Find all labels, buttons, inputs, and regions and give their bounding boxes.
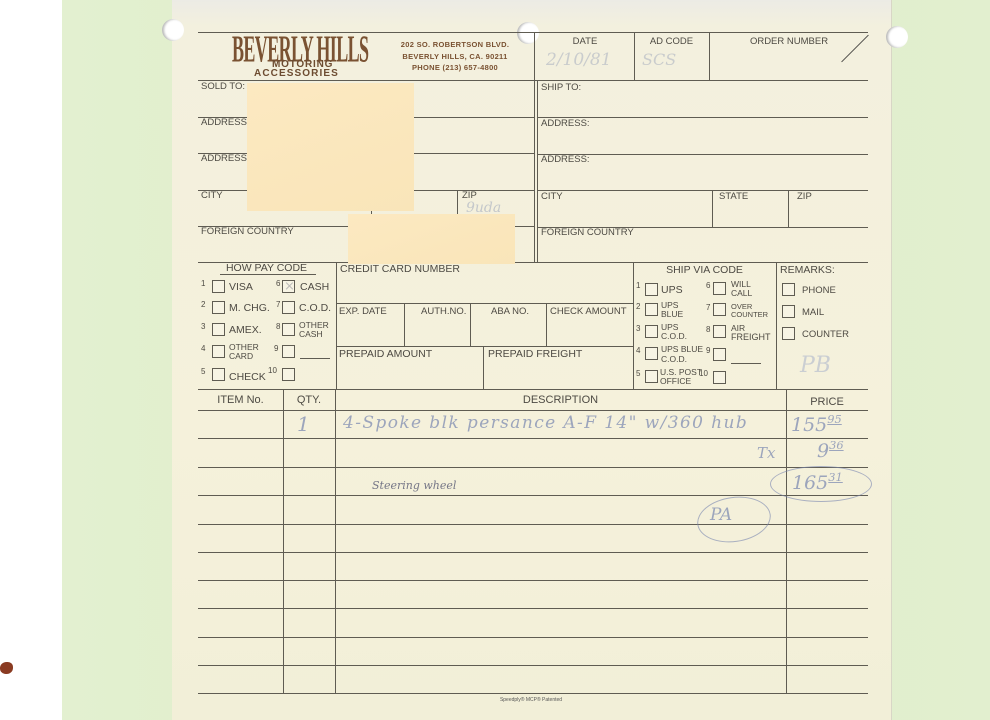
row-3-price-dollars: 165 bbox=[792, 472, 828, 494]
sold-to-address1-label: ADDRESS bbox=[201, 117, 247, 128]
ad-code-label: AD CODE bbox=[634, 36, 709, 47]
prepaid-freight-label: PREPAID FREIGHT bbox=[488, 348, 582, 360]
pay-mchg-label: M. CHG. bbox=[229, 302, 270, 314]
pay-code-number: 8 bbox=[276, 322, 280, 331]
row-1-description: 4-Spoke blk persance A-F 14" w/360 hub bbox=[343, 415, 748, 432]
remarks-phone-checkbox[interactable] bbox=[782, 283, 795, 296]
pay-other-card-checkbox[interactable] bbox=[212, 345, 225, 358]
pay-code-number: 5 bbox=[201, 367, 205, 376]
pay-amex-label: AMEX. bbox=[229, 324, 262, 336]
header-qty: QTY. bbox=[283, 394, 335, 406]
ship-will-call-checkbox[interactable] bbox=[713, 282, 726, 295]
pay-option-9-blank-line bbox=[300, 358, 330, 359]
row-1-qty: 1 bbox=[297, 414, 310, 434]
row-1-price: 15595 bbox=[791, 416, 842, 435]
pay-check-label: CHECK bbox=[229, 371, 266, 383]
pay-cod-checkbox[interactable] bbox=[282, 301, 295, 314]
ship-ups-blue-checkbox[interactable] bbox=[645, 303, 658, 316]
pay-code-number: 2 bbox=[201, 300, 205, 309]
table-row-rule bbox=[198, 665, 868, 666]
row-2-price-cents: 36 bbox=[829, 438, 844, 452]
pay-visa-label: VISA bbox=[229, 281, 253, 293]
row-1-price-dollars: 155 bbox=[791, 414, 827, 436]
check-amount-label: CHECK AMOUNT bbox=[550, 306, 627, 317]
company-street: 202 SO. ROBERTSON BLVD. bbox=[392, 40, 518, 49]
sold-to-zip-value: 9uda bbox=[466, 201, 501, 215]
ship-post-office-checkbox[interactable] bbox=[645, 370, 658, 383]
ship-code-number: 5 bbox=[636, 369, 640, 378]
pay-cash-label: CASH bbox=[300, 281, 329, 293]
header-price: PRICE bbox=[786, 396, 868, 408]
header-top-rule bbox=[198, 32, 868, 33]
auth-no-label: AUTH.NO. bbox=[421, 306, 466, 317]
ship-post-office-label-2: OFFICE bbox=[660, 377, 691, 386]
table-row-rule bbox=[198, 438, 868, 439]
remarks-divider bbox=[776, 262, 777, 389]
ship-code-number: 3 bbox=[636, 324, 640, 333]
table-row-rule bbox=[198, 410, 868, 411]
pay-cod-label: C.O.D. bbox=[299, 302, 331, 314]
company-phone: PHONE (213) 657-4800 bbox=[392, 63, 518, 72]
header-bottom-rule bbox=[198, 80, 868, 81]
ship-code-number: 6 bbox=[706, 281, 710, 290]
remarks-counter-label: COUNTER bbox=[802, 329, 849, 340]
ship-via-title: SHIP VIA CODE bbox=[633, 264, 776, 276]
pay-option-10-checkbox[interactable] bbox=[282, 368, 295, 381]
row-4-initials: PA bbox=[710, 507, 732, 524]
pay-code-number: 3 bbox=[201, 322, 205, 331]
ship-code-number: 4 bbox=[636, 346, 640, 355]
ship-to-address1-label: ADDRESS: bbox=[541, 118, 590, 129]
remarks-mail-label: MAIL bbox=[802, 307, 824, 318]
price-divider bbox=[786, 389, 787, 693]
pay-cash-checkbox[interactable]: × bbox=[282, 280, 295, 293]
ship-ups-blue-cod-label-2: C.O.D. bbox=[661, 355, 687, 364]
remarks-handwritten-initials: PB bbox=[800, 355, 831, 377]
table-row-rule bbox=[198, 467, 868, 468]
ship-code-number: 9 bbox=[706, 346, 710, 355]
pay-other-cash-checkbox[interactable] bbox=[282, 323, 295, 336]
ship-code-number: 7 bbox=[706, 303, 710, 312]
table-row-rule bbox=[198, 608, 868, 609]
redaction-patch-customer bbox=[247, 83, 414, 211]
pay-code-number: 7 bbox=[276, 300, 280, 309]
pay-check-checkbox[interactable] bbox=[212, 368, 225, 381]
pay-visa-checkbox[interactable] bbox=[212, 280, 225, 293]
row-1-price-cents: 95 bbox=[827, 412, 842, 426]
exp-date-divider bbox=[404, 303, 405, 346]
row-3-price-cents: 31 bbox=[828, 470, 843, 484]
remarks-counter-checkbox[interactable] bbox=[782, 327, 795, 340]
remarks-phone-label: PHONE bbox=[802, 285, 836, 296]
how-pay-code-title: HOW PAY CODE bbox=[198, 262, 335, 274]
ship-to-address2-label: ADDRESS: bbox=[541, 154, 590, 165]
main-divider bbox=[534, 32, 535, 262]
logo-subtitle-accessories: ACCESSORIES bbox=[254, 69, 339, 79]
remarks-title: REMARKS: bbox=[780, 264, 835, 276]
ship-code-number: 10 bbox=[699, 369, 708, 378]
qty-divider bbox=[335, 389, 336, 693]
pay-option-9-checkbox[interactable] bbox=[282, 345, 295, 358]
ship-option-9-checkbox[interactable] bbox=[713, 348, 726, 361]
pay-code-divider bbox=[336, 262, 337, 389]
ship-ups-cod-checkbox[interactable] bbox=[645, 325, 658, 338]
table-row-rule bbox=[198, 580, 868, 581]
table-top-rule bbox=[198, 389, 868, 390]
exp-date-label: EXP. DATE bbox=[339, 306, 387, 317]
header-item-no: ITEM No. bbox=[198, 394, 283, 406]
pay-code-number: 10 bbox=[268, 366, 277, 375]
table-row-rule bbox=[198, 552, 868, 553]
ship-ups-blue-cod-checkbox[interactable] bbox=[645, 347, 658, 360]
ship-to-foreign-country-label: FOREIGN COUNTRY bbox=[541, 227, 634, 238]
table-row-rule bbox=[198, 637, 868, 638]
ship-to-zip-label: ZIP bbox=[797, 191, 812, 202]
ship-via-divider bbox=[633, 262, 634, 389]
scanned-order-form: BEVERLY HILLS MOTORING ACCESSORIES 202 S… bbox=[0, 0, 990, 720]
pay-code-number: 6 bbox=[276, 279, 280, 288]
ship-state-divider bbox=[712, 190, 713, 227]
ship-option-9-blank-line bbox=[731, 363, 761, 364]
ad-code-value: SCS bbox=[642, 52, 676, 68]
pay-code-number: 1 bbox=[201, 279, 205, 288]
sold-to-city-label: CITY bbox=[201, 190, 223, 201]
ship-air-freight-checkbox[interactable] bbox=[713, 325, 726, 338]
row-2-price-dollars: 9 bbox=[817, 440, 829, 462]
pay-amex-checkbox[interactable] bbox=[212, 323, 225, 336]
table-row-rule bbox=[198, 495, 868, 496]
ship-ups-blue-label-2: BLUE bbox=[661, 310, 683, 319]
date-label: DATE bbox=[536, 36, 634, 47]
prepaid-divider bbox=[483, 346, 484, 389]
ship-option-10-checkbox[interactable] bbox=[713, 371, 726, 384]
row-2-price: 936 bbox=[817, 442, 844, 461]
ship-address2-rule bbox=[537, 190, 868, 191]
ship-ups-cod-label-2: C.O.D. bbox=[661, 332, 687, 341]
pay-code-number: 9 bbox=[274, 344, 278, 353]
ship-code-number: 1 bbox=[636, 281, 640, 290]
ship-code-number: 8 bbox=[706, 325, 710, 334]
ship-will-call-label-2: CALL bbox=[731, 289, 752, 298]
ship-ups-label: UPS bbox=[661, 284, 683, 296]
ship-air-freight-label-2: FREIGHT bbox=[731, 333, 771, 342]
date-value: 2/10/81 bbox=[546, 52, 612, 69]
ship-to-city-label: CITY bbox=[541, 191, 563, 202]
how-pay-code-underline bbox=[220, 274, 316, 275]
row-3-description: Steering wheel bbox=[372, 480, 456, 491]
row-3-price: 16531 bbox=[792, 474, 843, 493]
sold-to-address2-label: ADDRESS bbox=[201, 153, 247, 164]
header-description: DESCRIPTION bbox=[335, 394, 786, 406]
pay-mchg-checkbox[interactable] bbox=[212, 301, 225, 314]
credit-card-rule bbox=[336, 303, 633, 304]
sold-to-foreign-country-label: FOREIGN COUNTRY bbox=[201, 226, 294, 237]
order-number-label: ORDER NUMBER bbox=[709, 36, 869, 47]
ship-code-number: 2 bbox=[636, 302, 640, 311]
ship-over-counter-label-2: COUNTER bbox=[731, 311, 768, 319]
ship-to-label: SHIP TO: bbox=[541, 82, 581, 93]
table-bottom-rule bbox=[198, 693, 868, 694]
hole-punch-right bbox=[886, 26, 908, 48]
main-divider-inner bbox=[537, 80, 538, 262]
redaction-patch-country bbox=[348, 214, 515, 264]
auth-no-divider bbox=[470, 303, 471, 346]
ink-stain bbox=[0, 662, 13, 674]
ship-zip-divider bbox=[788, 190, 789, 227]
prepaid-rule bbox=[336, 346, 633, 347]
ship-ups-blue-cod-label-1: UPS BLUE bbox=[661, 345, 703, 354]
credit-card-number-label: CREDIT CARD NUMBER bbox=[340, 263, 460, 275]
sold-to-label: SOLD TO: bbox=[201, 81, 245, 92]
footer-patent-text: Speedply® MCP® Patented bbox=[470, 697, 592, 703]
pay-other-cash-label-2: CASH bbox=[299, 330, 323, 339]
hole-punch-left bbox=[162, 19, 184, 41]
remarks-mail-checkbox[interactable] bbox=[782, 305, 795, 318]
item-no-divider bbox=[283, 389, 284, 693]
prepaid-amount-label: PREPAID AMOUNT bbox=[339, 348, 432, 360]
company-city: BEVERLY HILLS, CA. 90211 bbox=[392, 52, 518, 61]
aba-no-divider bbox=[546, 303, 547, 346]
ship-over-counter-checkbox[interactable] bbox=[713, 303, 726, 316]
aba-no-label: ABA NO. bbox=[491, 306, 529, 317]
ship-to-state-label: STATE bbox=[719, 191, 748, 202]
ship-ups-checkbox[interactable] bbox=[645, 283, 658, 296]
pay-code-number: 4 bbox=[201, 344, 205, 353]
row-2-description: Tx bbox=[757, 446, 775, 461]
pay-cash-check-mark: × bbox=[284, 280, 295, 293]
pay-other-card-label-2: CARD bbox=[229, 352, 253, 361]
